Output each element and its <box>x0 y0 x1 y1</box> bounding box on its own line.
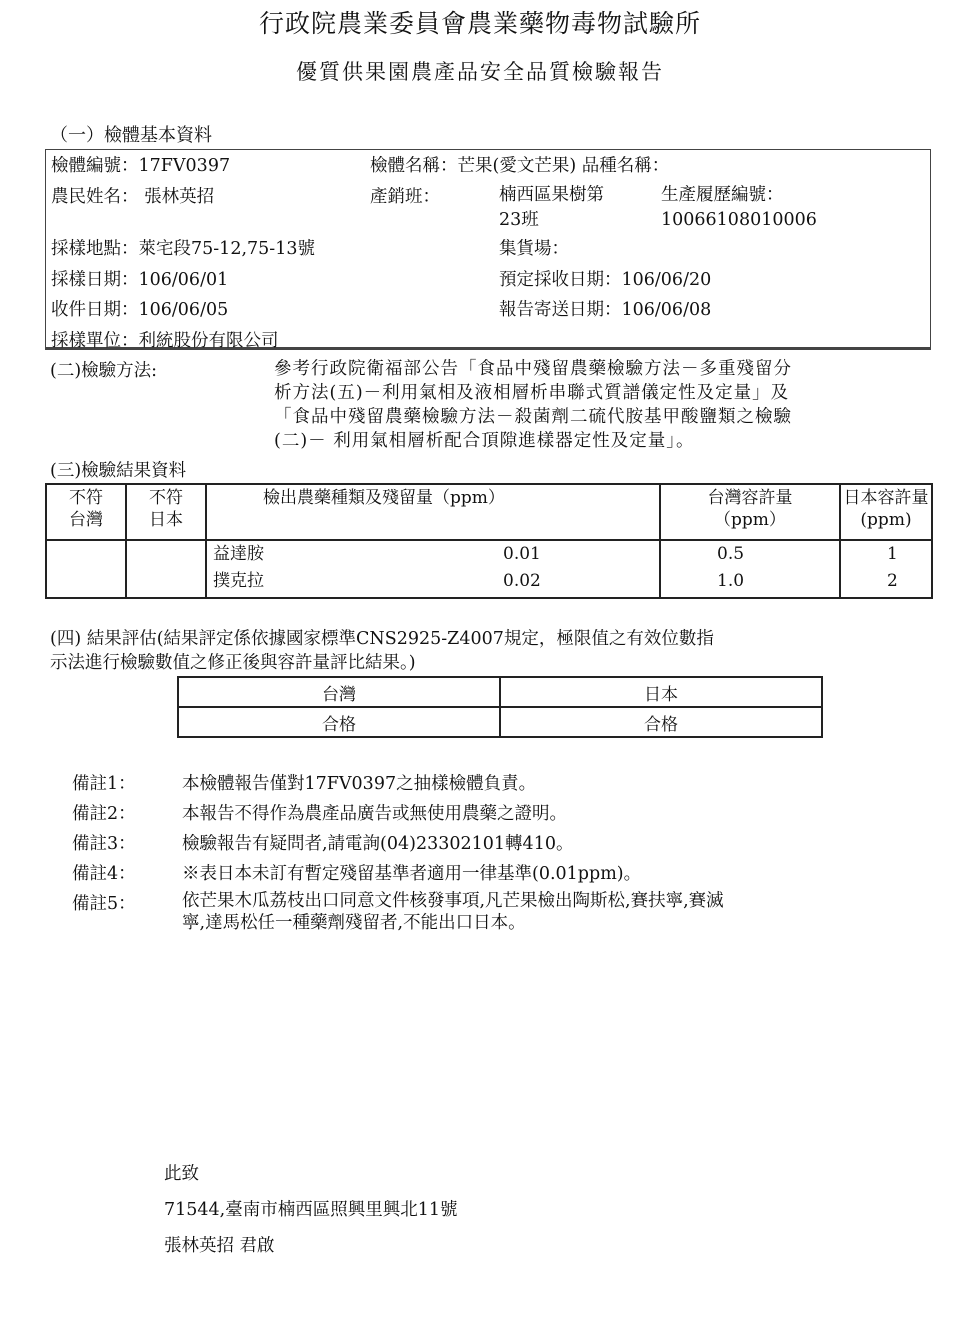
evaluation-header-row: 台灣 日本 <box>178 677 822 707</box>
pesticide-name: 益達胺 <box>213 544 264 564</box>
salutation: 此致 <box>164 1160 199 1185</box>
received-date-value: 106/06/05 <box>139 300 229 320</box>
group-line2: 23班 <box>499 208 604 233</box>
eval-header-japan: 日本 <box>500 677 822 707</box>
col-not-japan: 不符日本 <box>126 484 206 540</box>
table-row: 撲克拉 0.02 <box>207 568 659 595</box>
note-text-1: 本檢體報告僅對17FV0397之抽樣檢體負責。 <box>182 770 536 795</box>
japan-limit-value: 2 <box>887 568 931 595</box>
residue-value: 0.02 <box>503 568 541 595</box>
recipient-address: 71544,臺南市楠西區照興里興北11號 <box>164 1196 458 1221</box>
sample-name-label: 檢體名稱： <box>370 156 458 176</box>
trace-field: 生產履歷編號： 10066108010006 <box>661 183 817 233</box>
note-line: 寧,達馬松任一種藥劑殘留者,不能出口日本。 <box>182 912 724 934</box>
trace-value: 10066108010006 <box>661 208 817 233</box>
received-date-field: 收件日期：106/06/05 <box>51 296 228 321</box>
note-text-5: 依芒果木瓜荔枝出口同意文件核發事項,凡芒果檢出陶斯松,賽扶寧,賽滅 寧,達馬松任… <box>182 890 724 934</box>
collection-label: 集貨場： <box>499 239 569 259</box>
report-title: 優質供果園農產品安全品質檢驗報告 <box>0 56 960 86</box>
method-line: 參考行政院衛福部公告「食品中殘留農藥檢驗方法－多重殘留分 <box>274 357 792 381</box>
method-line: (二)－ 利用氣相層析配合頂隙進樣器定性及定量」。 <box>274 429 792 453</box>
note-label-3: 備註3： <box>72 830 136 855</box>
sample-name-value: 芒果(愛文芒果) <box>458 156 577 176</box>
received-date-label: 收件日期： <box>51 300 139 320</box>
section1-heading: （一）檢體基本資料 <box>50 121 212 147</box>
sample-name-field: 檢體名稱：芒果(愛文芒果) 品種名稱： <box>370 152 669 177</box>
col-not-taiwan: 不符台灣 <box>46 484 126 540</box>
harvest-date-label: 預定採收日期： <box>499 270 622 290</box>
report-sent-label: 報告寄送日期： <box>499 300 622 320</box>
variety-label: 品種名稱： <box>582 156 670 176</box>
note-text-4: ※表日本未訂有暫定殘留基準者適用一律基準(0.01ppm)。 <box>182 860 641 885</box>
pesticide-name: 撲克拉 <box>213 571 264 591</box>
note-label-2: 備註2： <box>72 800 136 825</box>
results-data-row: 益達胺 0.01 撲克拉 0.02 0.5 1.0 1 2 <box>46 540 932 598</box>
note-line: 依芒果木瓜荔枝出口同意文件核發事項,凡芒果檢出陶斯松,賽扶寧,賽滅 <box>182 890 724 912</box>
sample-date-field: 採樣日期：106/06/01 <box>51 266 228 291</box>
report-sent-value: 106/06/08 <box>622 300 712 320</box>
group-label: 產銷班： <box>370 183 440 208</box>
col-japan-limit: 日本容許量(ppm) <box>840 484 932 540</box>
report-sent-field: 報告寄送日期：106/06/08 <box>499 296 711 321</box>
col-taiwan-limit: 台灣容許量（ppm） <box>660 484 840 540</box>
group-line1: 楠西區果樹第 <box>499 183 604 208</box>
harvest-date-value: 106/06/20 <box>622 270 712 290</box>
taiwan-limit-value: 1.0 <box>717 568 839 595</box>
evaluation-line: (四) 結果評估(結果評定係依據國家標準CNS2925-Z4007規定，極限值之… <box>50 627 714 651</box>
sampler-label: 採樣單位： <box>51 331 139 351</box>
evaluation-table: 台灣 日本 合格 合格 <box>177 676 823 738</box>
location-field: 採樣地點：萊宅段75-12,75-13號 <box>51 235 315 260</box>
eval-result-japan: 合格 <box>500 707 822 737</box>
method-line: 析方法(五)－利用氣相及液相層析串聯式質譜儀定性及定量」及 <box>274 381 792 405</box>
pesticide-cell: 益達胺 0.01 撲克拉 0.02 <box>206 540 660 598</box>
sample-no-field: 檢體編號：17FV0397 <box>51 152 230 177</box>
not-taiwan-cell <box>46 540 126 598</box>
japan-limit-cell: 1 2 <box>840 540 932 598</box>
section4-text: (四) 結果評估(結果評定係依據國家標準CNS2925-Z4007規定，極限值之… <box>50 627 714 675</box>
col-pesticide: 檢出農藥種類及殘留量（ppm） <box>206 484 660 540</box>
sampler-value: 利統股份有限公司 <box>139 331 279 351</box>
method-line: 「食品中殘留農藥檢驗方法－殺菌劑二硫代胺基甲酸鹽類之檢驗 <box>274 405 792 429</box>
sample-no-value: 17FV0397 <box>139 156 231 176</box>
note-label-1: 備註1： <box>72 770 136 795</box>
farmer-field: 農民姓名： 張林英招 <box>51 183 214 208</box>
sampler-field: 採樣單位：利統股份有限公司 <box>51 327 279 352</box>
residue-value: 0.01 <box>503 541 541 568</box>
location-label: 採樣地點： <box>51 239 139 259</box>
section3-heading: (三)檢驗結果資料 <box>50 457 186 482</box>
location-value: 萊宅段75-12,75-13號 <box>139 239 315 259</box>
eval-result-taiwan: 合格 <box>178 707 500 737</box>
farmer-label: 農民姓名： <box>51 187 139 207</box>
taiwan-limit-value: 0.5 <box>717 541 839 568</box>
sample-no-label: 檢體編號： <box>51 156 139 176</box>
agency-title: 行政院農業委員會農業藥物毒物試驗所 <box>0 4 960 40</box>
trace-label: 生產履歷編號： <box>661 183 817 208</box>
evaluation-result-row: 合格 合格 <box>178 707 822 737</box>
results-header-row: 不符台灣 不符日本 檢出農藥種類及殘留量（ppm） 台灣容許量（ppm） 日本容… <box>46 484 932 540</box>
table-row: 益達胺 0.01 <box>207 541 659 568</box>
collection-field: 集貨場： <box>499 235 569 260</box>
harvest-date-field: 預定採收日期：106/06/20 <box>499 266 711 291</box>
sample-date-label: 採樣日期： <box>51 270 139 290</box>
results-table: 不符台灣 不符日本 檢出農藥種類及殘留量（ppm） 台灣容許量（ppm） 日本容… <box>45 483 933 599</box>
recipient-name: 張林英招 君啟 <box>164 1232 275 1257</box>
evaluation-line: 示法進行檢驗數值之修正後與容許量評比結果。) <box>50 651 714 675</box>
section2-heading: (二)檢驗方法: <box>50 357 157 382</box>
note-label-4: 備註4： <box>72 860 136 885</box>
note-label-5: 備註5： <box>72 890 136 915</box>
eval-header-taiwan: 台灣 <box>178 677 500 707</box>
method-text: 參考行政院衛福部公告「食品中殘留農藥檢驗方法－多重殘留分 析方法(五)－利用氣相… <box>274 357 792 453</box>
taiwan-limit-cell: 0.5 1.0 <box>660 540 840 598</box>
sample-date-value: 106/06/01 <box>139 270 229 290</box>
note-text-2: 本報告不得作為農產品廣告或無使用農藥之證明。 <box>182 800 567 825</box>
group-value: 楠西區果樹第 23班 <box>499 183 604 233</box>
note-text-3: 檢驗報告有疑問者,請電詢(04)23302101轉410。 <box>182 830 573 855</box>
farmer-value: 張林英招 <box>144 187 214 207</box>
japan-limit-value: 1 <box>887 541 931 568</box>
not-japan-cell <box>126 540 206 598</box>
